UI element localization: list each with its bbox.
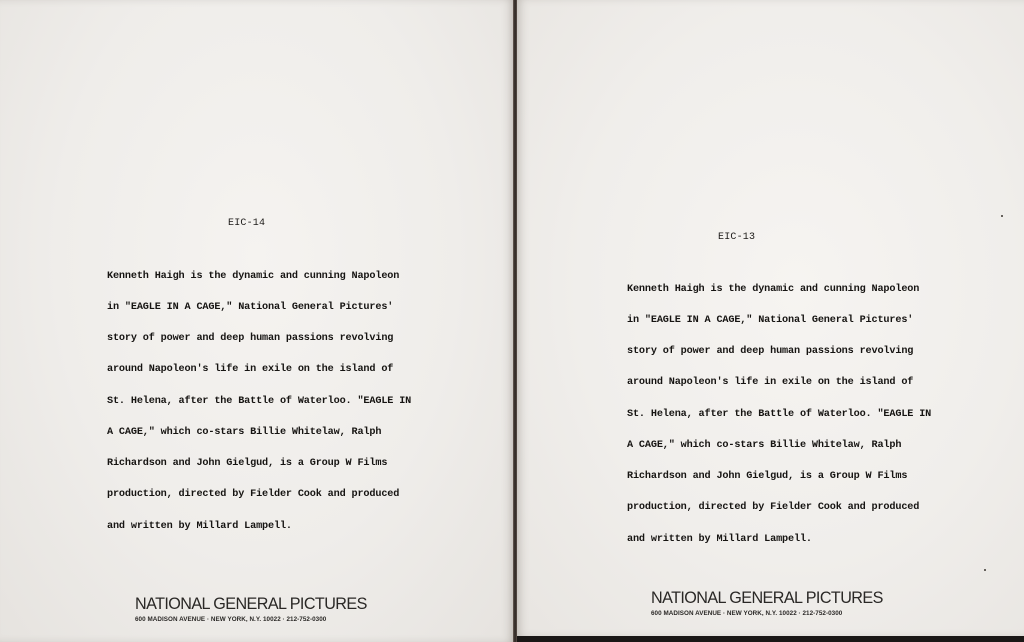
caption-line: Richardson and John Gielgud, is a Group … (107, 459, 411, 469)
paper-speck (984, 569, 986, 571)
caption-line: in "EAGLE IN A CAGE," National General P… (627, 316, 931, 326)
caption-line: St. Helena, after the Battle of Waterloo… (107, 397, 411, 407)
caption-line: Richardson and John Gielgud, is a Group … (627, 472, 931, 482)
photo-caption: Kenneth Haigh is the dynamic and cunning… (627, 264, 931, 566)
photo-code: EIC-13 (718, 232, 755, 243)
photo-code: EIC-14 (228, 218, 265, 229)
caption-line: production, directed by Fielder Cook and… (107, 490, 411, 500)
caption-line: around Napoleon's life in exile on the i… (627, 378, 931, 388)
caption-line: Kenneth Haigh is the dynamic and cunning… (627, 285, 931, 295)
page-bottom-shadow (517, 636, 1024, 642)
company-footer: NATIONAL GENERAL PICTURES 600 MADISON AV… (135, 595, 372, 623)
caption-line: and written by Millard Lampell. (107, 522, 411, 532)
caption-line: story of power and deep human passions r… (627, 347, 931, 357)
caption-line: St. Helena, after the Battle of Waterloo… (627, 410, 931, 420)
caption-line: A CAGE," which co-stars Billie Whitelaw,… (627, 441, 931, 451)
caption-line: and written by Millard Lampell. (627, 535, 931, 545)
company-name: NATIONAL GENERAL PICTURES (651, 589, 883, 608)
document-spread: EIC-14 Kenneth Haigh is the dynamic and … (0, 0, 1024, 642)
caption-line: Kenneth Haigh is the dynamic and cunning… (107, 272, 411, 282)
photo-caption: Kenneth Haigh is the dynamic and cunning… (107, 251, 411, 553)
caption-line: around Napoleon's life in exile on the i… (107, 365, 411, 375)
caption-line: in "EAGLE IN A CAGE," National General P… (107, 303, 411, 313)
company-address: 600 MADISON AVENUE · NEW YORK, N.Y. 1002… (651, 610, 888, 617)
company-footer: NATIONAL GENERAL PICTURES 600 MADISON AV… (651, 589, 888, 617)
caption-line: production, directed by Fielder Cook and… (627, 503, 931, 513)
company-name: NATIONAL GENERAL PICTURES (135, 595, 367, 614)
paper-speck (1001, 215, 1003, 217)
right-page: EIC-13 Kenneth Haigh is the dynamic and … (517, 0, 1024, 636)
left-page: EIC-14 Kenneth Haigh is the dynamic and … (0, 0, 514, 642)
company-address: 600 MADISON AVENUE · NEW YORK, N.Y. 1002… (135, 616, 372, 623)
caption-line: A CAGE," which co-stars Billie Whitelaw,… (107, 428, 411, 438)
caption-line: story of power and deep human passions r… (107, 334, 411, 344)
